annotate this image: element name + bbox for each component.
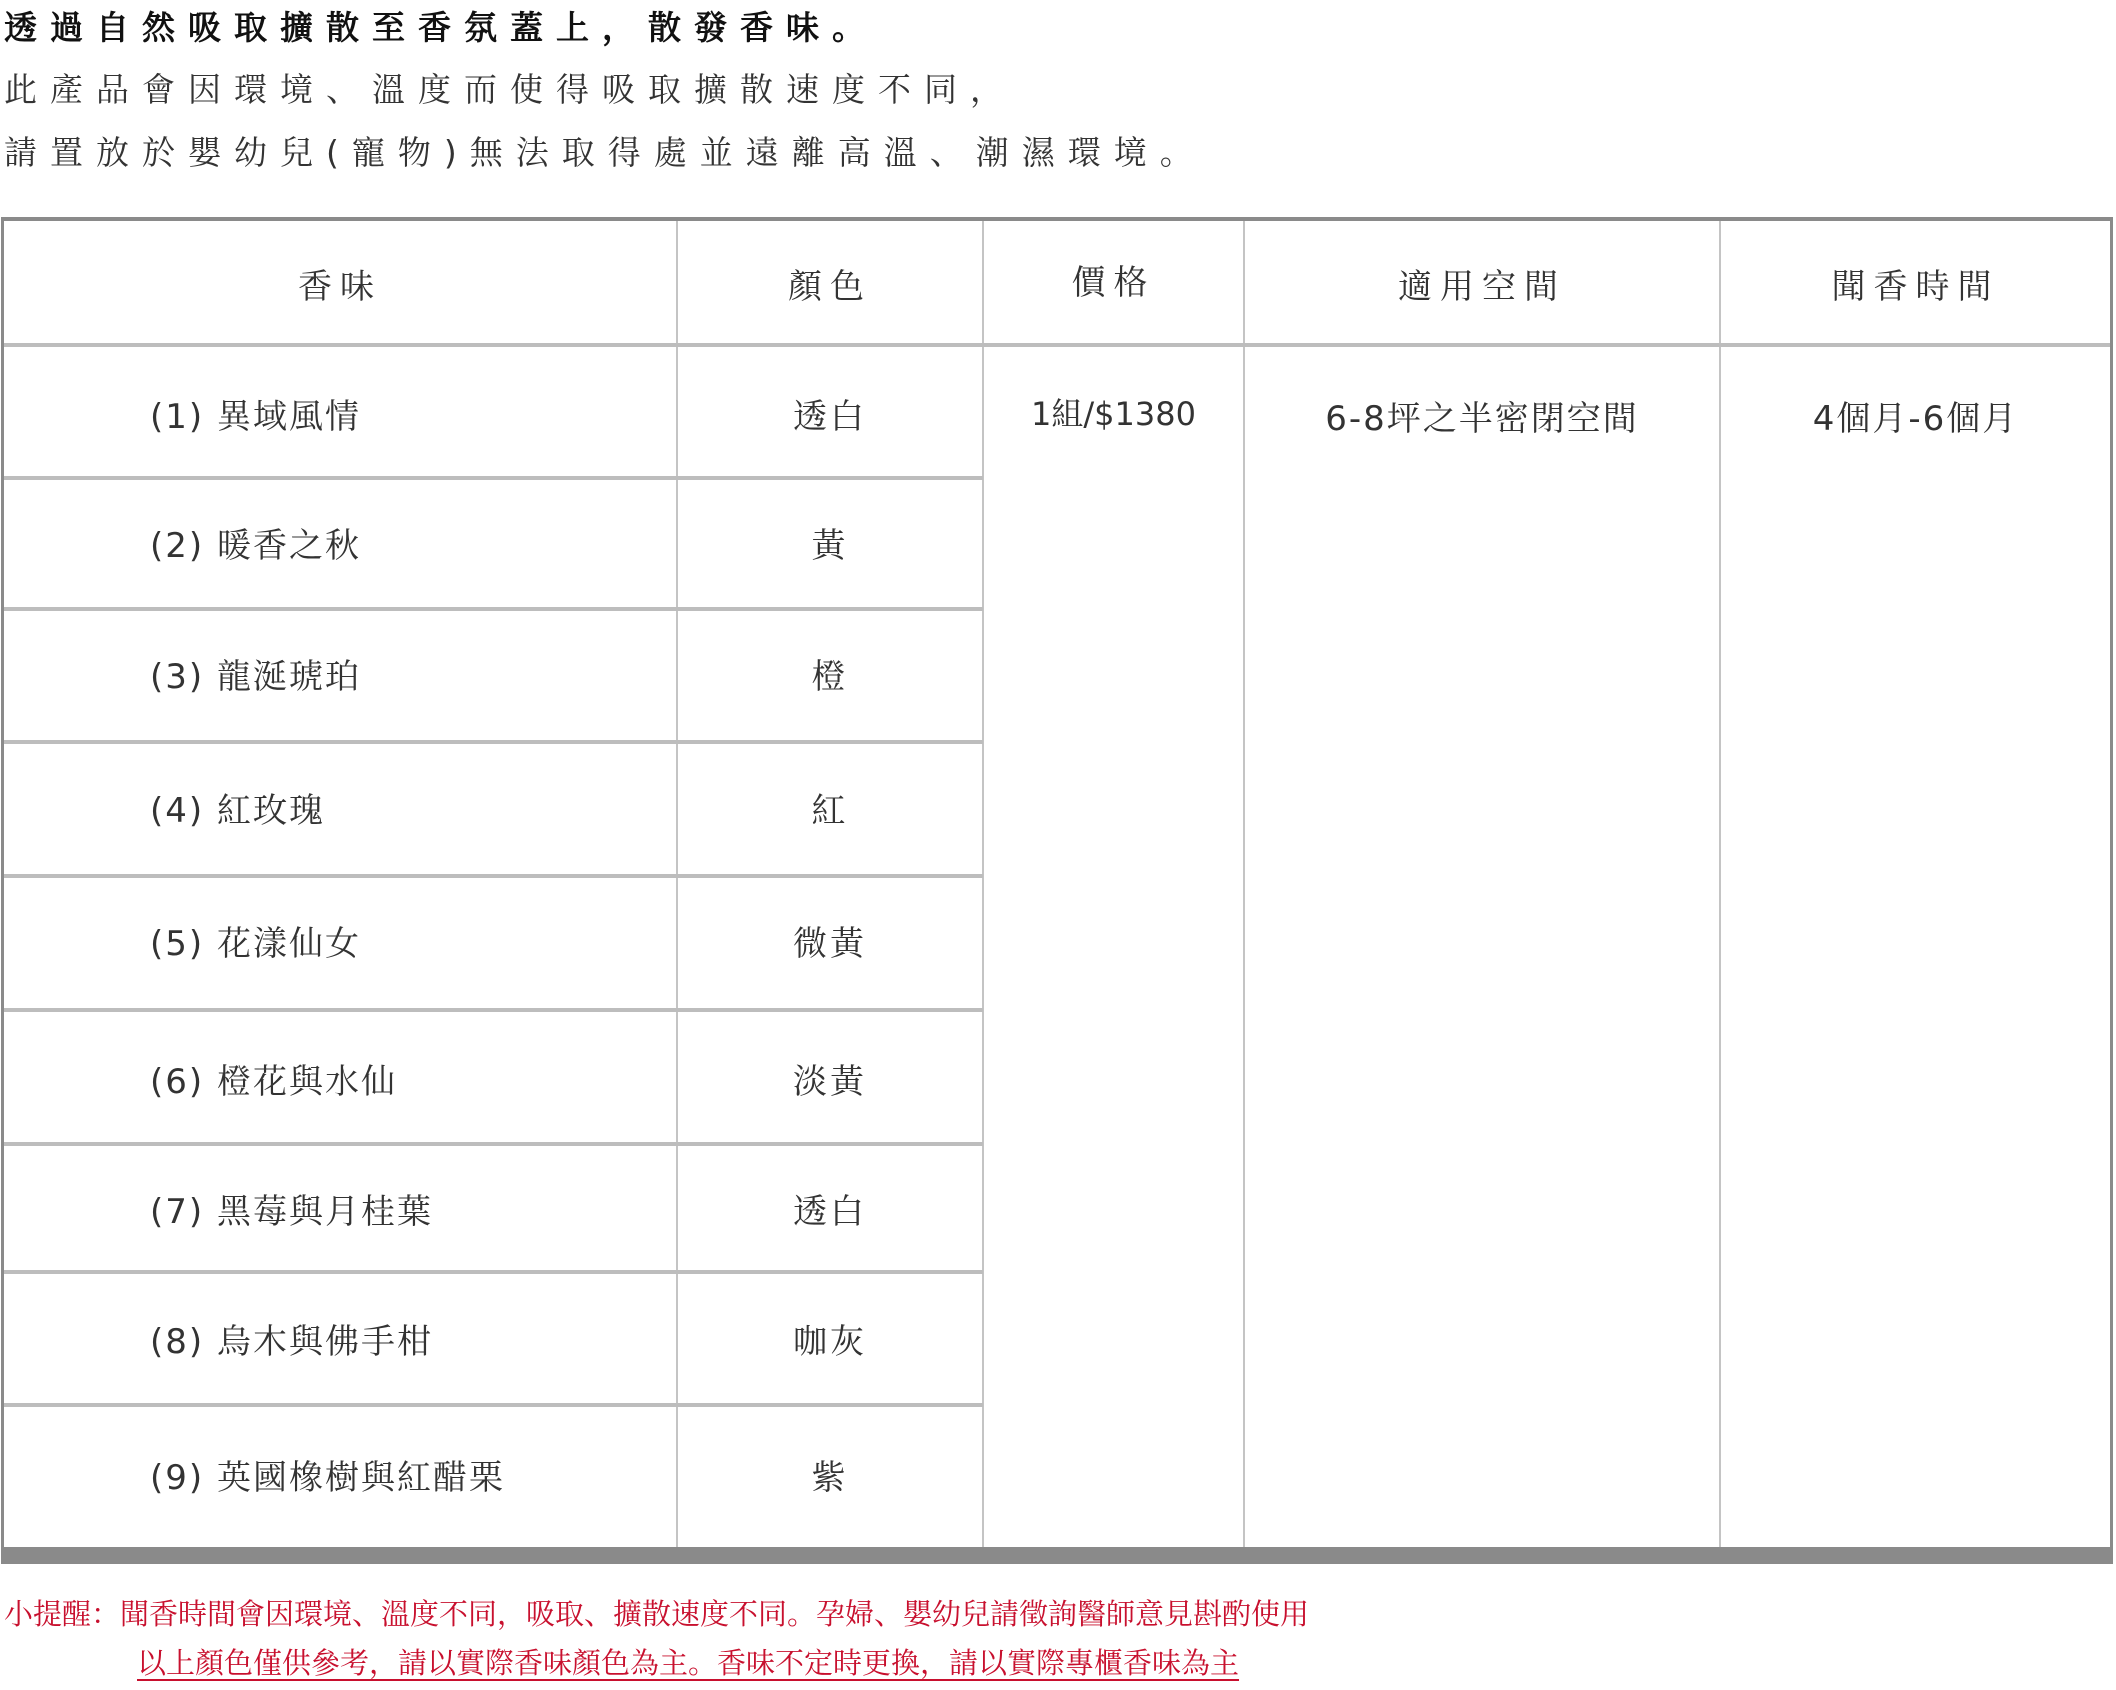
scent-cell: (9) 英國橡樹與紅醋栗 — [150, 1450, 505, 1499]
color-cell: 微黃 — [678, 916, 982, 965]
color-cell: 紅 — [678, 783, 982, 832]
row-divider — [4, 740, 983, 744]
scent-cell: (5) 花漾仙女 — [150, 916, 361, 965]
intro-line-3: 請置放於嬰幼兒(寵物)無法取得處並遠離高溫、潮濕環境。 — [4, 127, 1206, 174]
product-table: 香味 顏色 價格 適用空間 聞香時間 (1) 異域風情 (2) 暖香之秋 (3)… — [1, 217, 2113, 1564]
color-cell: 橙 — [678, 649, 982, 698]
intro-line-2: 此產品會因環境、溫度而使得吸取擴散速度不同， — [4, 64, 1016, 111]
row-divider — [4, 607, 983, 611]
scent-cell: (2) 暖香之秋 — [150, 518, 361, 567]
scent-cell: (1) 異域風情 — [150, 389, 361, 438]
header-price: 價格 — [984, 255, 1243, 304]
color-cell: 淡黃 — [678, 1054, 982, 1103]
price-cell: 1組/$1380 — [984, 389, 1243, 435]
color-cell: 紫 — [678, 1450, 982, 1499]
scent-cell: (4) 紅玫瑰 — [150, 783, 325, 832]
row-divider — [4, 1142, 983, 1146]
scent-cell: (3) 龍涎琥珀 — [150, 649, 361, 698]
scent-cell: (8) 烏木與佛手柑 — [150, 1314, 433, 1363]
row-divider — [4, 476, 983, 480]
scent-cell: (6) 橙花與水仙 — [150, 1054, 397, 1103]
color-cell: 透白 — [678, 1184, 982, 1233]
color-cell: 透白 — [678, 389, 982, 438]
color-disclaimer: 以上顏色僅供參考，請以實際香味顏色為主。香味不定時更換，請以實際專櫃香味為主 — [137, 1641, 1239, 1682]
scent-cell: (7) 黑莓與月桂葉 — [150, 1184, 433, 1233]
row-divider — [4, 874, 983, 878]
duration-cell: 4個月-6個月 — [1721, 391, 2110, 440]
color-cell: 咖灰 — [678, 1314, 982, 1363]
row-divider — [4, 1403, 983, 1407]
row-divider — [4, 1008, 983, 1012]
intro-heading: 透過自然吸取擴散至香氛蓋上，散發香味。 — [4, 2, 878, 49]
header-duration: 聞香時間 — [1721, 259, 2110, 308]
row-divider — [4, 1270, 983, 1274]
color-cell: 黃 — [678, 518, 982, 567]
header-color: 顏色 — [678, 259, 982, 308]
header-scent: 香味 — [4, 259, 676, 308]
space-cell: 6-8坪之半密閉空間 — [1245, 391, 1719, 440]
reminder-note: 小提醒：聞香時間會因環境、溫度不同，吸取、擴散速度不同。孕婦、嬰幼兒請徵詢醫師意… — [4, 1592, 1309, 1633]
header-space: 適用空間 — [1245, 259, 1719, 308]
header-divider — [4, 343, 2110, 347]
